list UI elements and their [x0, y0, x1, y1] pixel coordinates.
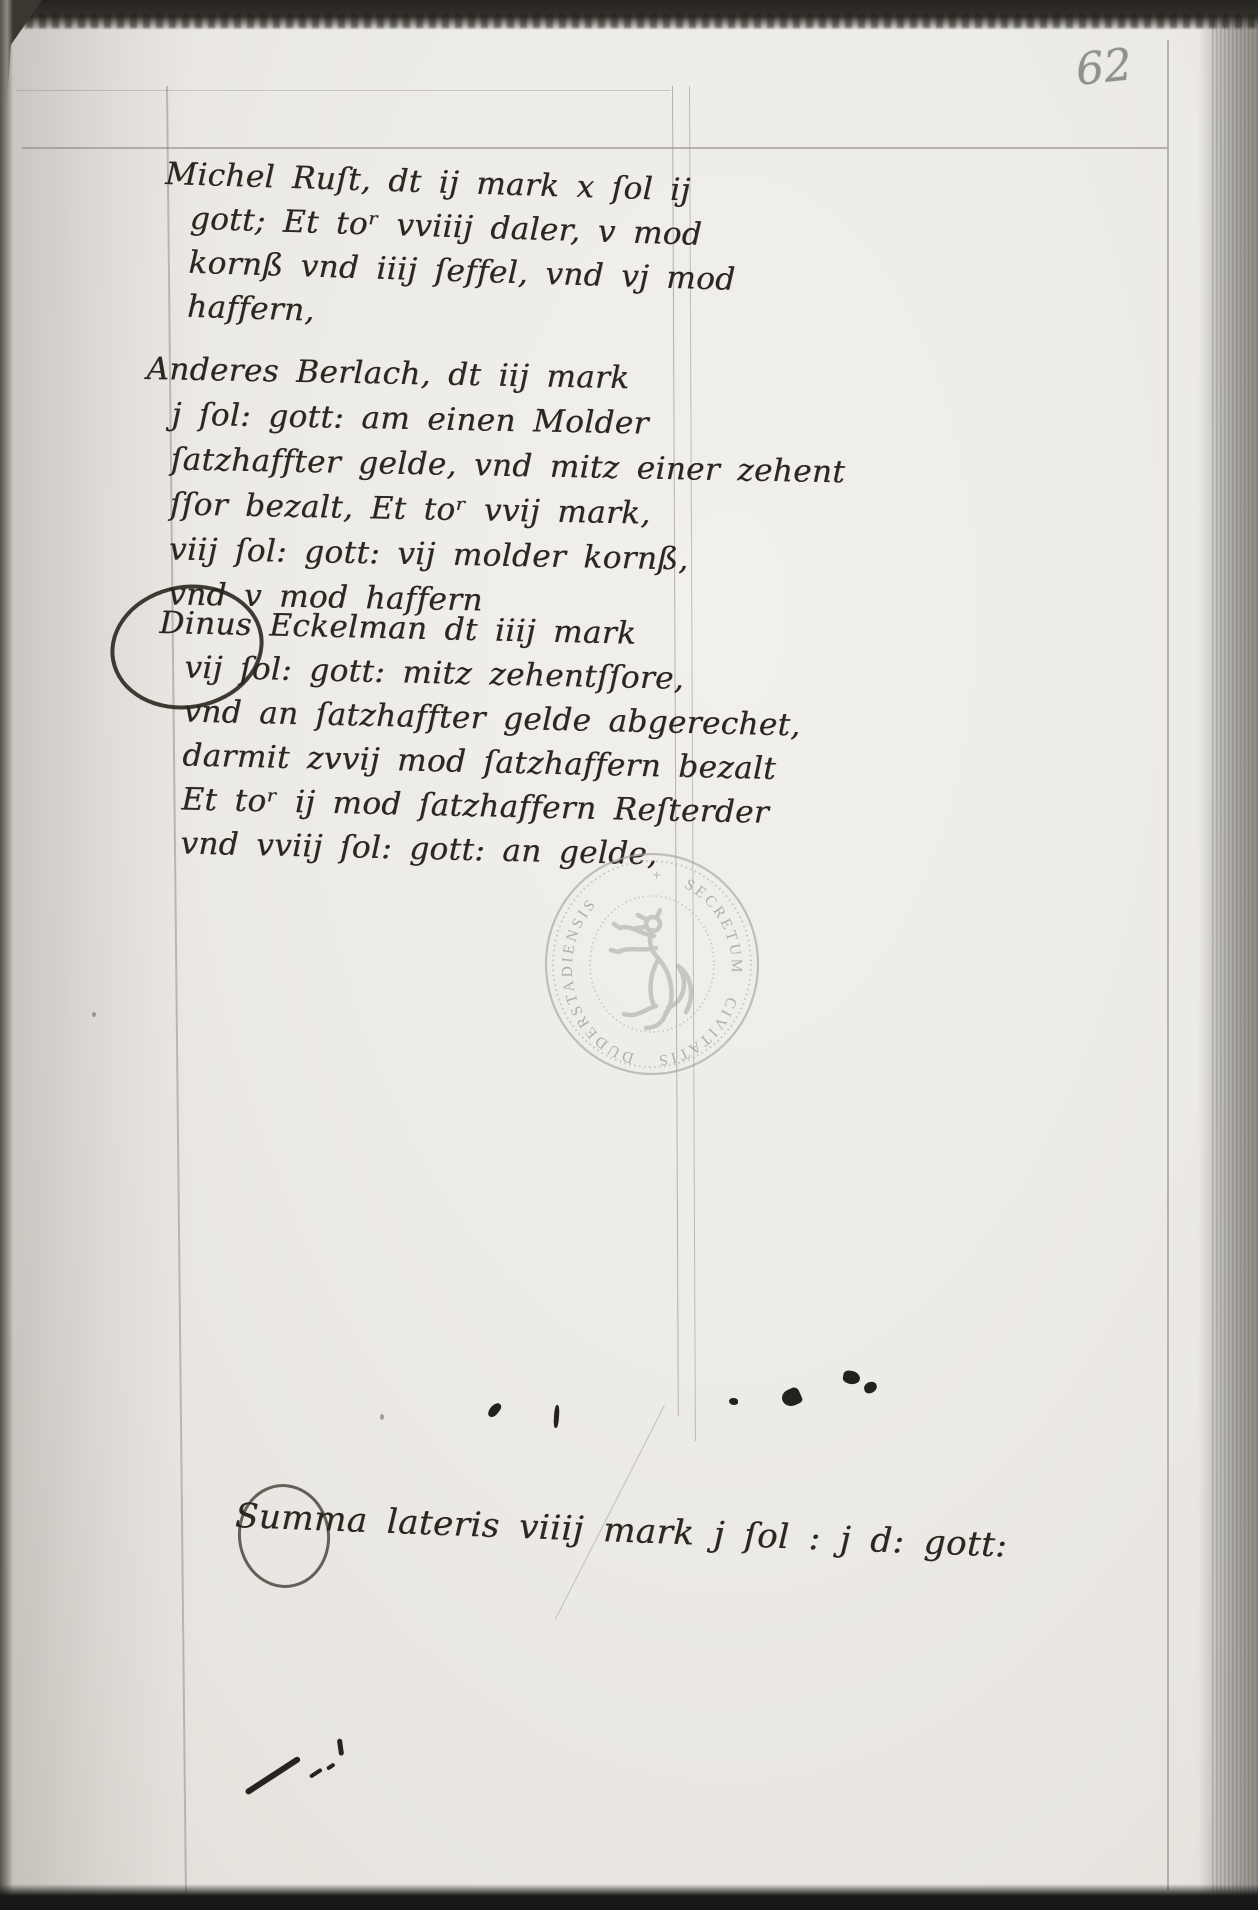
binding-bottom-edge — [0, 1884, 1258, 1910]
pen-stroke-segment — [326, 1762, 336, 1770]
top-rule-line — [22, 147, 1167, 149]
ink-blot-4 — [779, 1386, 803, 1409]
ink-blot-6 — [863, 1381, 878, 1395]
pen-trial-stroke — [246, 1736, 368, 1818]
entry-2: Anderes Berlach, dt iij mark j ſol: gott… — [142, 347, 847, 630]
pen-stroke-segment — [309, 1768, 323, 1779]
page-stack-right-edge — [1198, 0, 1258, 1910]
paper-speck-1 — [92, 1012, 96, 1017]
summa-line: Summa lateris viiij mark j ſol : j d: go… — [234, 1494, 1008, 1568]
right-rule-line — [1167, 40, 1169, 1890]
manuscript-scan-page: 62 Michel Ruſt, dt ij mark x ſol ij gott… — [0, 0, 1258, 1910]
pen-stroke-tick — [337, 1738, 344, 1756]
page-left-edge — [0, 0, 13, 1910]
paper-speck-2 — [380, 1414, 384, 1420]
seal-outer-ring — [546, 854, 758, 1074]
entry-1: Michel Ruſt, dt ij mark x ſol ij gott; E… — [160, 152, 738, 346]
pen-stroke-segment — [244, 1756, 301, 1796]
ink-blot-3 — [729, 1398, 738, 1405]
ink-blot-2 — [553, 1405, 560, 1428]
entry-3: Dinus Eckelman dt iiij mark vij ſol: got… — [154, 601, 803, 880]
ink-blot-5 — [842, 1370, 861, 1386]
seal-beaded-ring — [553, 861, 751, 1067]
city-seal-stamp: + SECRETUM CIVITATIS DUDERSTADIENSIS — [540, 850, 764, 1078]
ink-blot-1 — [486, 1401, 503, 1419]
top-crease-line — [16, 90, 671, 91]
binding-top-fibers — [0, 14, 1258, 28]
folio-number: 62 — [1074, 43, 1134, 93]
lion-emblem — [611, 910, 691, 1028]
